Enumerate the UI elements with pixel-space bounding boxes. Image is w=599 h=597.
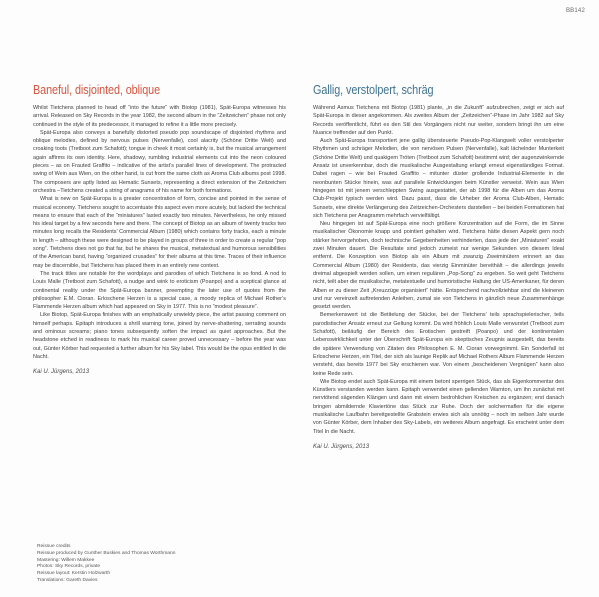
english-signature: Kai U. Jürgens, 2013	[33, 369, 286, 375]
credits-heading: Reissue credits	[37, 544, 175, 551]
german-signature: Kai U. Jürgens, 2013	[313, 444, 564, 450]
german-paragraph: Auch Spät-Europa transportiert jene gall…	[313, 137, 564, 220]
german-column: Gallig, verstolpert, schräg Während Asmu…	[313, 83, 564, 450]
english-body: Whilst Tietchens planned to head off “in…	[33, 104, 286, 361]
english-title: Baneful, disjointed, oblique	[33, 83, 251, 97]
german-paragraph: Während Asmus Tietchens mit Biotop (1981…	[313, 104, 564, 137]
english-paragraph: The track titles are notable for the wor…	[33, 270, 286, 311]
german-paragraph: Bemerkenswert ist die Betitelung der Stü…	[313, 311, 564, 377]
credit-line: Reissue produced by Gunther Buskies and …	[37, 551, 175, 558]
catalog-code: BB142	[566, 8, 585, 14]
english-paragraph: Whilst Tietchens planned to head off “in…	[33, 104, 286, 129]
english-paragraph: What is new on Spät-Europa is a greater …	[33, 195, 286, 270]
german-paragraph: Wie Biotop endet auch Spät-Europa mit ei…	[313, 378, 564, 436]
reissue-credits: Reissue credits Reissue produced by Gunt…	[37, 544, 175, 585]
credit-line: Translations: Gareth Davies	[37, 578, 175, 585]
german-body: Während Asmus Tietchens mit Biotop (1981…	[313, 104, 564, 436]
english-column: Baneful, disjointed, oblique Whilst Tiet…	[33, 83, 286, 375]
german-title: Gallig, verstolpert, schräg	[313, 83, 529, 97]
english-paragraph: Spät-Europa also conveys a banefully dis…	[33, 129, 286, 195]
german-paragraph: Neu hingegen ist auf Spät-Europa eine no…	[313, 220, 564, 311]
credit-line: Reissue layout: Kerstin Holzwarth	[37, 571, 175, 578]
english-paragraph: Like Biotop, Spät-Europa finishes with a…	[33, 311, 286, 361]
